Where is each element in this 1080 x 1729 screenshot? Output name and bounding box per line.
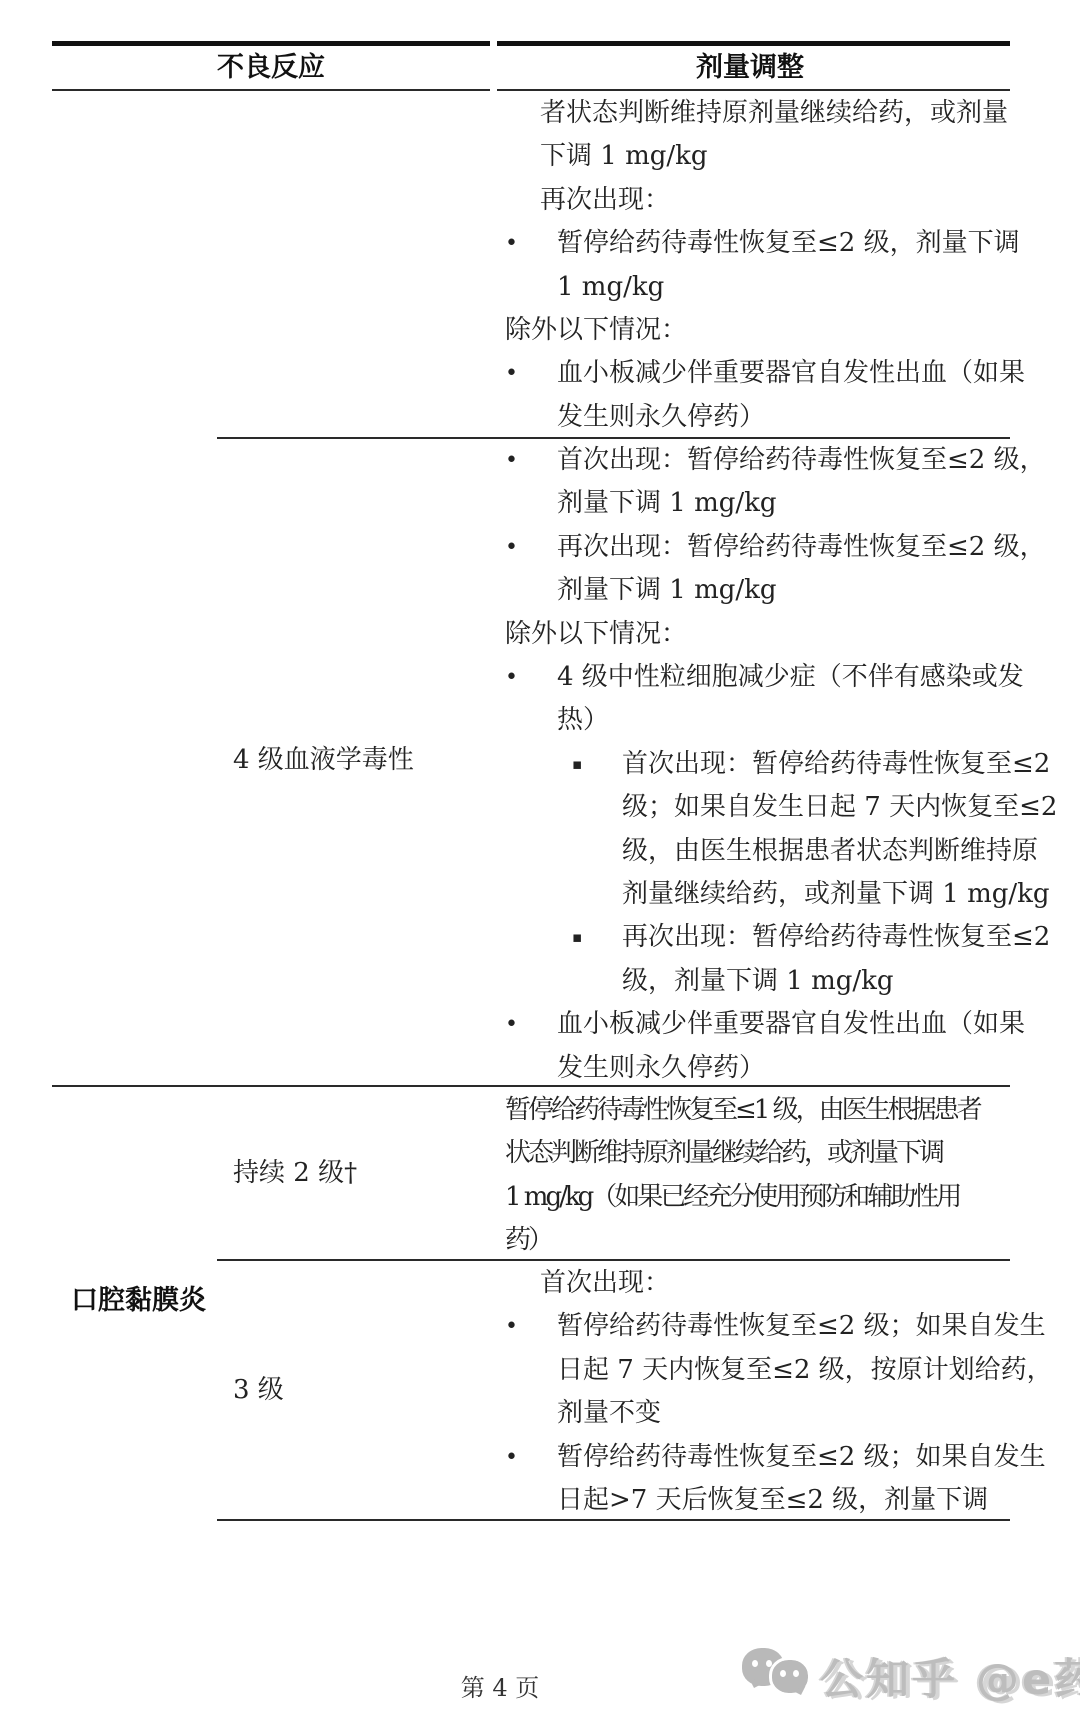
- dose-line-text: 发生则永久停药）: [557, 1047, 765, 1090]
- dose-line-text: 暂停给药待毒性恢复至≤1 级，由医生根据患者: [505, 1089, 980, 1132]
- document-page: 不良反应 剂量调整 者状态判断维持原剂量继续给药，或剂量下调 1 mg/kg再次…: [0, 0, 1080, 1729]
- dose-adjustment-line: 剂量下调 1 mg/kg: [0, 569, 1080, 612]
- dose-adjustment-line: 者状态判断维持原剂量继续给药，或剂量: [0, 92, 1080, 135]
- dose-line-text: 热）: [557, 699, 609, 742]
- dose-line-text: 首次出现：暂停给药待毒性恢复至≤2 级，: [557, 439, 1046, 482]
- dose-line-text: 首次出现：: [540, 1262, 670, 1305]
- bullet-icon: •: [505, 1436, 518, 1479]
- dose-adjustment-line: 剂量不变: [0, 1392, 1080, 1435]
- page-number: 第 4 页: [400, 1668, 600, 1703]
- dose-adjustment-line: 再次出现：: [0, 179, 1080, 222]
- dose-adjustment-line: 暂停给药待毒性恢复至≤1 级，由医生根据患者: [0, 1089, 1080, 1132]
- bullet-icon: •: [505, 1003, 518, 1046]
- dose-adjustment-line: 状态判断维持原剂量继续给药，或剂量下调: [0, 1132, 1080, 1175]
- square-bullet-icon: ▪: [572, 916, 582, 959]
- dose-line-text: 血小板减少伴重要器官自发性出血（如果: [557, 1003, 1025, 1046]
- dose-line-text: 级，剂量下调 1 mg/kg: [622, 960, 894, 1003]
- dose-adjustment-line: 级；如果自发生日起 7 天内恢复至≤2: [0, 786, 1080, 829]
- dose-adjustment-line: 剂量继续给药，或剂量下调 1 mg/kg: [0, 873, 1080, 916]
- dose-adjustment-line: 1 mg/kg（如果已经充分使用预防和辅助性用: [0, 1176, 1080, 1219]
- bullet-icon: •: [505, 1305, 518, 1348]
- dose-line-text: 4 级中性粒细胞减少症（不伴有感染或发: [557, 656, 1024, 699]
- bullet-icon: •: [505, 352, 518, 395]
- dose-line-text: 级；如果自发生日起 7 天内恢复至≤2: [622, 786, 1057, 829]
- dose-adjustment-line: 药）: [0, 1219, 1080, 1262]
- dose-adjustment-line: 除外以下情况：: [0, 613, 1080, 656]
- dose-adjustment-line: 发生则永久停药）: [0, 396, 1080, 439]
- dose-adjustment-line: 首次出现：: [0, 1262, 1080, 1305]
- dose-adjustment-line: 热）: [0, 699, 1080, 742]
- bullet-icon: •: [505, 222, 518, 265]
- dose-adjustment-line: 级，剂量下调 1 mg/kg: [0, 960, 1080, 1003]
- dose-line-text: 暂停给药待毒性恢复至≤2 级；如果自发生: [557, 1305, 1046, 1348]
- dose-adjustment-line: 剂量下调 1 mg/kg: [0, 482, 1080, 525]
- dose-line-text: 状态判断维持原剂量继续给药，或剂量下调: [505, 1132, 942, 1175]
- dose-adjustment-line: ▪首次出现：暂停给药待毒性恢复至≤2: [0, 743, 1080, 786]
- dose-adjustment-line: ▪再次出现：暂停给药待毒性恢复至≤2: [0, 916, 1080, 959]
- dose-line-text: 除外以下情况：: [505, 613, 687, 656]
- dose-line-text: 发生则永久停药）: [557, 396, 765, 439]
- dose-adjustment-line: •首次出现：暂停给药待毒性恢复至≤2 级，: [0, 439, 1080, 482]
- dose-line-text: 剂量继续给药，或剂量下调 1 mg/kg: [622, 873, 1050, 916]
- dose-line-text: 剂量不变: [557, 1392, 661, 1435]
- dose-line-text: 药）: [505, 1219, 551, 1262]
- bullet-icon: •: [505, 656, 518, 699]
- dose-line-text: 1 mg/kg: [557, 266, 664, 309]
- dose-line-text: 再次出现：: [540, 179, 670, 222]
- dose-line-text: 首次出现：暂停给药待毒性恢复至≤2: [622, 743, 1050, 786]
- dose-line-text: 再次出现：暂停给药待毒性恢复至≤2 级，: [557, 526, 1046, 569]
- dose-line-text: 剂量下调 1 mg/kg: [557, 569, 777, 612]
- dose-adjustment-line: •4 级中性粒细胞减少症（不伴有感染或发: [0, 656, 1080, 699]
- dose-line-text: 日起 7 天内恢复至≤2 级，按原计划给药，: [557, 1349, 1053, 1392]
- dose-adjustment-line: 下调 1 mg/kg: [0, 135, 1080, 178]
- square-bullet-icon: ▪: [572, 743, 582, 786]
- dose-adjustment-line: 1 mg/kg: [0, 266, 1080, 309]
- dose-adjustment-line: 日起>7 天后恢复至≤2 级，剂量下调: [0, 1479, 1080, 1522]
- column-header-adverse-reaction: 不良反应: [52, 46, 490, 90]
- dose-line-text: 剂量下调 1 mg/kg: [557, 482, 777, 525]
- dose-line-text: 者状态判断维持原剂量继续给药，或剂量: [540, 92, 1008, 135]
- dose-adjustment-line: •再次出现：暂停给药待毒性恢复至≤2 级，: [0, 526, 1080, 569]
- dose-adjustment-line: •暂停给药待毒性恢复至≤2 级；如果自发生: [0, 1305, 1080, 1348]
- dose-line-text: 日起>7 天后恢复至≤2 级，剂量下调: [557, 1479, 988, 1522]
- dose-line-text: 除外以下情况：: [505, 309, 687, 352]
- dose-line-text: 再次出现：暂停给药待毒性恢复至≤2: [622, 916, 1050, 959]
- watermark-text: 公知乎 @e药安全: [820, 1646, 1080, 1707]
- dose-line-text: 下调 1 mg/kg: [540, 135, 708, 178]
- dose-line-text: 1 mg/kg（如果已经充分使用预防和辅助性用: [505, 1176, 959, 1219]
- watermark: 公知乎 @e药安全: [742, 1638, 1080, 1710]
- dose-adjustment-line: 发生则永久停药）: [0, 1047, 1080, 1090]
- bullet-icon: •: [505, 526, 518, 569]
- dose-adjustment-line: 级，由医生根据患者状态判断维持原: [0, 830, 1080, 873]
- dose-adjustment-line: 日起 7 天内恢复至≤2 级，按原计划给药，: [0, 1349, 1080, 1392]
- bullet-icon: •: [505, 439, 518, 482]
- dose-line-text: 暂停给药待毒性恢复至≤2 级；如果自发生: [557, 1436, 1046, 1479]
- dose-adjustment-line: •暂停给药待毒性恢复至≤2 级，剂量下调: [0, 222, 1080, 265]
- wechat-icon-small-bubble: [772, 1660, 808, 1693]
- dose-line-text: 血小板减少伴重要器官自发性出血（如果: [557, 352, 1025, 395]
- column-header-dose-adjustment: 剂量调整: [490, 46, 1010, 90]
- dose-line-text: 级，由医生根据患者状态判断维持原: [622, 830, 1038, 873]
- dose-adjustment-line: 除外以下情况：: [0, 309, 1080, 352]
- dose-line-text: 暂停给药待毒性恢复至≤2 级，剂量下调: [557, 222, 1020, 265]
- dose-adjustment-line: •血小板减少伴重要器官自发性出血（如果: [0, 352, 1080, 395]
- dose-adjustment-line: •血小板减少伴重要器官自发性出血（如果: [0, 1003, 1080, 1046]
- dose-adjustment-line: •暂停给药待毒性恢复至≤2 级；如果自发生: [0, 1436, 1080, 1479]
